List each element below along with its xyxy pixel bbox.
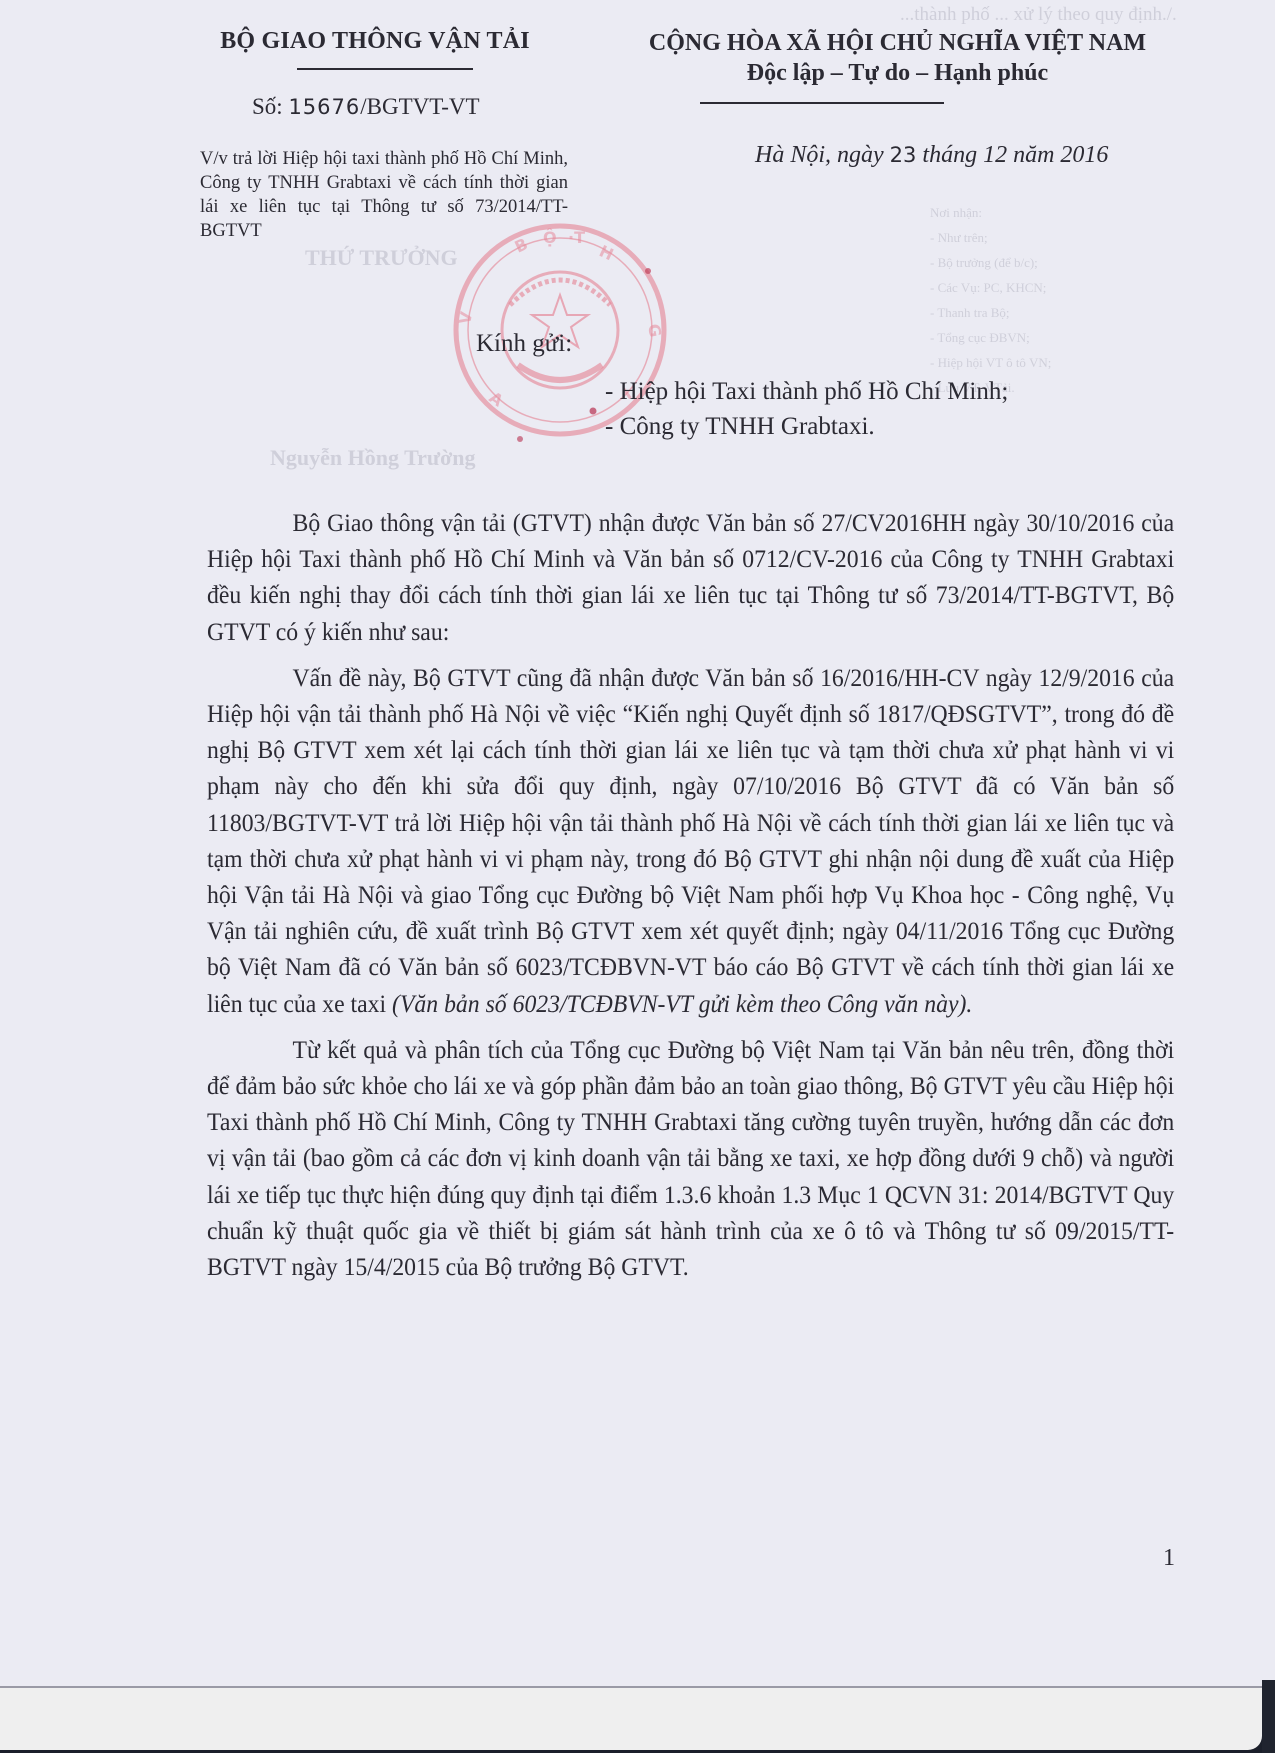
body-paragraph: Bộ Giao thông vận tải (GTVT) nhận được V… — [207, 505, 1174, 650]
body-paragraph: Từ kết quả và phân tích của Tổng cục Đườ… — [207, 1032, 1174, 1285]
bleed-through-signer: Nguyễn Hồng Trường — [270, 448, 476, 468]
letter-body: Bộ Giao thông vận tải (GTVT) nhận được V… — [207, 505, 1174, 1295]
svg-text:H: H — [596, 241, 616, 264]
attachment-note: (Văn bản số 6023/TCĐBVN-VT gửi kèm theo … — [392, 989, 972, 1018]
body-paragraph: Vấn đề này, Bộ GTVT cũng đã nhận được Vă… — [207, 660, 1174, 1022]
document-number: Số: 15676/BGTVT-VT — [252, 94, 480, 120]
bleed-through-text: ...thành phố ... xử lý theo quy định./. — [900, 0, 1275, 30]
national-title-block: CỘNG HÒA XÃ HỘI CHỦ NGHĨA VIỆT NAM Độc l… — [585, 28, 1210, 88]
motto-underline — [700, 102, 944, 104]
svg-text:·T: ·T — [568, 228, 585, 247]
bleed-through-signature-title: THỨ TRƯỞNG — [305, 248, 458, 268]
ministry-underline — [297, 68, 473, 70]
svg-text:V: V — [455, 310, 476, 326]
page-number: 1 — [1163, 1545, 1175, 1572]
place-and-date: Hà Nội, ngày 23 tháng 12 năm 2016 — [755, 142, 1108, 169]
scanned-page: ...thành phố ... xử lý theo quy định./. … — [0, 0, 1275, 1686]
recipient-item: - Công ty TNHH Grabtaxi. — [605, 409, 1008, 444]
national-title: CỘNG HÒA XÃ HỘI CHỦ NGHĨA VIỆT NAM — [585, 28, 1210, 58]
greeting: Kính gửi: — [476, 330, 572, 358]
svg-text:Ộ: Ộ — [543, 227, 557, 247]
recipient-list: - Hiệp hội Taxi thành phố Hồ Chí Minh; -… — [605, 374, 1008, 444]
document-number-prefix: Số: — [252, 94, 283, 119]
issuing-ministry: BỘ GIAO THÔNG VẬN TẢI — [200, 28, 550, 55]
bleed-through-recipient-list: Nơi nhận: - Như trên; - Bộ trưởng (để b/… — [930, 200, 1130, 400]
national-motto: Độc lập – Tự do – Hạnh phúc — [585, 58, 1210, 88]
recipient-item: - Hiệp hội Taxi thành phố Hồ Chí Minh; — [605, 374, 1008, 409]
date-day-handwritten: 23 — [890, 143, 917, 167]
date-suffix: tháng 12 năm 2016 — [922, 142, 1108, 168]
document-number-suffix: /BGTVT-VT — [360, 94, 479, 119]
document-number-handwritten: 15676 — [288, 95, 360, 119]
scanner-edge — [1262, 1680, 1275, 1753]
svg-text:B: B — [512, 234, 531, 256]
scanner-bed-strip — [0, 1686, 1262, 1750]
date-prefix: Hà Nội, ngày — [755, 142, 884, 168]
